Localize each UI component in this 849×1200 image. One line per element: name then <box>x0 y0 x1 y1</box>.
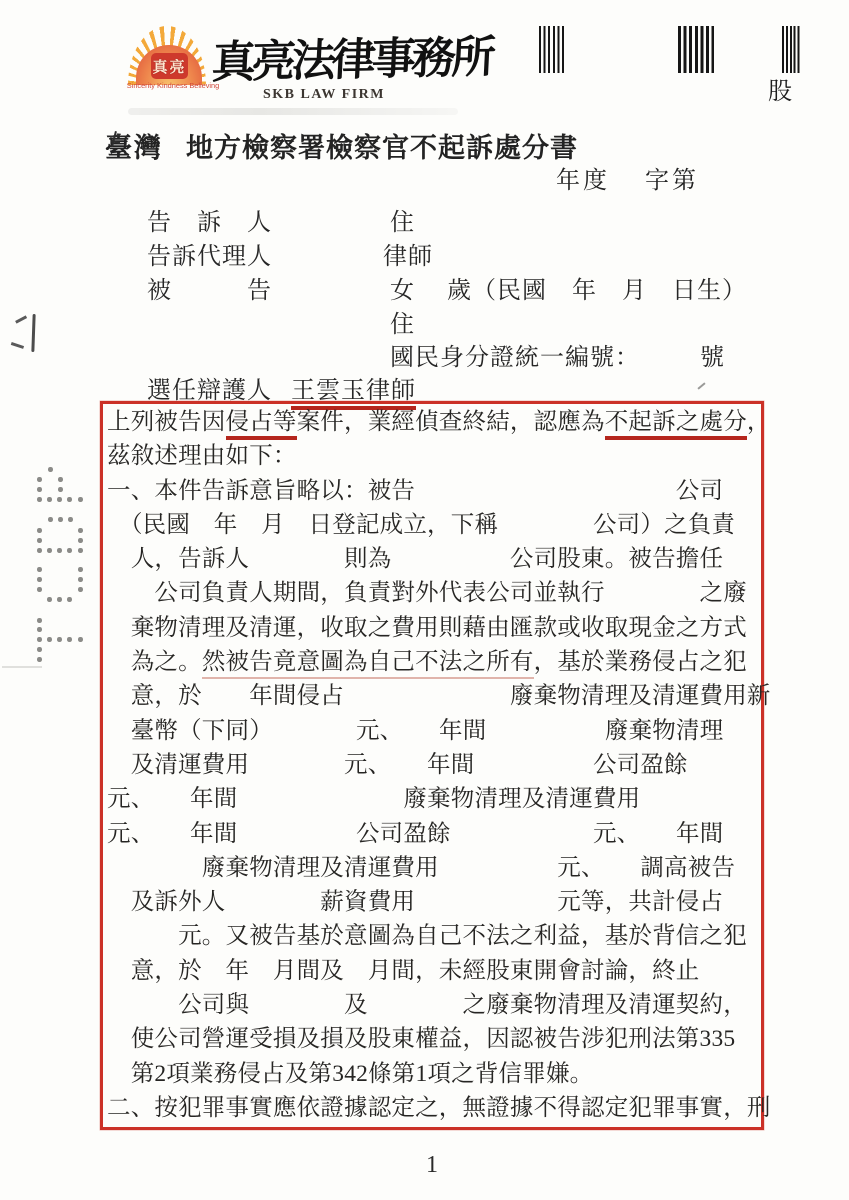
scan-edge-artifact <box>2 666 42 668</box>
body-line: 人，告訴人 則為 公司股東。被告擔任 <box>107 542 760 576</box>
body-line: 公司與 及 之廢棄物清理及清運契約， <box>107 988 760 1022</box>
dot-artifact <box>57 637 62 642</box>
party-row: 告 訴 人住 <box>0 202 849 234</box>
body-line: 為之。然被告竟意圖為自己不法之所有，基於業務侵占之犯 <box>107 645 760 679</box>
scanned-legal-document-page: 真亮 Sincerity Kindness Believing 真亮法律事務所 … <box>0 0 849 1200</box>
body-text: 上列被告因侵占等案件，業經偵查終結，認應為不起訴之處分，茲敘述理由如下：一、本件… <box>100 403 764 1125</box>
firm-tagline: Sincerity Kindness Believing <box>122 81 223 89</box>
firm-seal-text: 真亮 <box>152 56 186 77</box>
dot-artifact <box>68 517 73 522</box>
party-row: 被 告女歲（民國 年 月 日生） <box>0 270 849 302</box>
party-label: 告 訴 人 <box>147 202 272 237</box>
party-label: 被 告 <box>147 270 272 305</box>
dot-artifact <box>47 548 52 553</box>
firm-seal: 真亮 <box>151 53 188 79</box>
body-line: 公司負責人期間，負責對外代表公司並執行 之廢 <box>107 576 760 610</box>
body-line: 一、本件告訴意旨略以：被告 公司 <box>107 474 760 508</box>
dot-artifact <box>37 627 42 632</box>
dot-artifact <box>37 487 42 492</box>
body-line: 元。又被告基於意圖為自己不法之利益，基於背信之犯 <box>107 919 760 953</box>
dot-artifact <box>78 637 83 642</box>
dot-artifact <box>78 528 83 533</box>
dot-artifact <box>48 517 53 522</box>
dot-artifact <box>58 487 63 492</box>
dot-artifact <box>37 647 42 652</box>
party-value: 國民身分證統一編號： <box>390 337 640 372</box>
party-value: 歲（民國 年 月 日生） <box>447 270 747 305</box>
dot-artifact <box>37 538 42 543</box>
body-line: 廢棄物清理及清運費用 元、 調高被告 <box>107 851 760 885</box>
dot-artifact <box>37 497 42 502</box>
body-line: 及清運費用 元、 年間 公司盈餘 <box>107 748 760 782</box>
red-underline: 侵占等 <box>226 409 297 440</box>
dot-artifact <box>47 637 52 642</box>
dot-artifact <box>37 528 42 533</box>
dot-artifact <box>78 548 83 553</box>
body-line: 臺幣（下同） 元、 年間 廢棄物清理 <box>107 714 760 748</box>
body-line: 意，於 年間侵占 廢棄物清理及清運費用新 <box>107 679 760 713</box>
firm-name-chinese: 真亮法律事務所 <box>210 21 463 90</box>
party-value: 住 <box>390 202 415 237</box>
barcode-3 <box>782 26 800 73</box>
body-line: 及訴外人 薪資費用 元等，共計侵占 <box>107 885 760 919</box>
party-value: 號 <box>700 337 725 372</box>
dot-artifact <box>57 497 62 502</box>
faint-underline: 然被告竟意圖為自己不法之所有 <box>202 649 534 679</box>
dot-artifact <box>57 548 62 553</box>
body-line: 元、 年間 公司盈餘 元、 年間 <box>107 817 760 851</box>
barcode-1 <box>539 26 566 73</box>
dot-artifact <box>37 657 42 662</box>
party-value: 住 <box>390 304 415 339</box>
dot-artifact <box>37 477 42 482</box>
body-line: （民國 年 月 日登記成立，下稱 公司）之負責 <box>107 508 760 542</box>
dot-artifact <box>47 497 52 502</box>
dot-artifact <box>47 597 52 602</box>
dot-artifact <box>37 577 42 582</box>
dot-artifact <box>67 548 72 553</box>
barcode-2 <box>678 26 714 73</box>
dot-artifact <box>37 548 42 553</box>
case-number-year: 年度 <box>556 160 610 195</box>
page-number: 1 <box>100 1152 764 1179</box>
red-underline: 不起訴之處分 <box>605 409 747 440</box>
party-label: 選任辯護人 <box>147 370 272 405</box>
assignment-section-mark: 股 <box>768 71 792 106</box>
case-number-word: 字第 <box>645 160 699 195</box>
party-value: 女 <box>390 270 415 305</box>
party-label: 告訴代理人 <box>147 236 272 271</box>
body-line: 第2項業務侵占及第342條第1項之背信罪嫌。 <box>107 1057 760 1091</box>
ink-scribble <box>110 131 122 148</box>
party-row: 國民身分證統一編號：號 <box>0 337 849 369</box>
dot-artifact <box>48 467 53 472</box>
firm-name-english: SKB LAW FIRM <box>263 87 385 103</box>
dot-artifact <box>78 497 83 502</box>
body-line: 元、 年間 廢棄物清理及清運費用 <box>107 782 760 816</box>
dot-artifact <box>78 587 83 592</box>
dot-artifact <box>58 477 63 482</box>
dot-artifact <box>37 567 42 572</box>
dot-artifact <box>67 637 72 642</box>
dot-artifact <box>67 497 72 502</box>
dot-artifact <box>37 637 42 642</box>
party-row: 告訴代理人律師 <box>0 236 849 268</box>
dot-artifact <box>57 597 62 602</box>
dot-artifact <box>78 538 83 543</box>
body-line: 茲敘述理由如下： <box>107 439 760 473</box>
party-row: 選任辯護人王雲玉律師 <box>0 370 849 402</box>
dot-artifact <box>37 587 42 592</box>
party-row: 住 <box>0 304 849 336</box>
party-value: 律師 <box>383 236 433 271</box>
body-line: 棄物清理及清運，收取之費用則藉由匯款或收取現金之方式 <box>107 611 760 645</box>
dot-artifact <box>58 517 63 522</box>
dot-artifact <box>37 618 42 623</box>
body-line: 意，於 年 月間及 月間，未經股東開會討論，終止 <box>107 954 760 988</box>
scan-smudge <box>128 108 458 115</box>
body-line: 使公司營運受損及損及股東權益，因認被告涉犯刑法第335 <box>107 1022 760 1056</box>
doc-title-main: 地方檢察署檢察官不起訴處分書 <box>186 126 578 165</box>
dot-artifact <box>78 567 83 572</box>
body-line: 二、按犯罪事實應依證據認定之，無證據不得認定犯罪事實，刑 <box>107 1091 760 1125</box>
dot-artifact <box>67 597 72 602</box>
body-line: 上列被告因侵占等案件，業經偵查終結，認應為不起訴之處分， <box>107 405 760 439</box>
dot-artifact <box>78 577 83 582</box>
